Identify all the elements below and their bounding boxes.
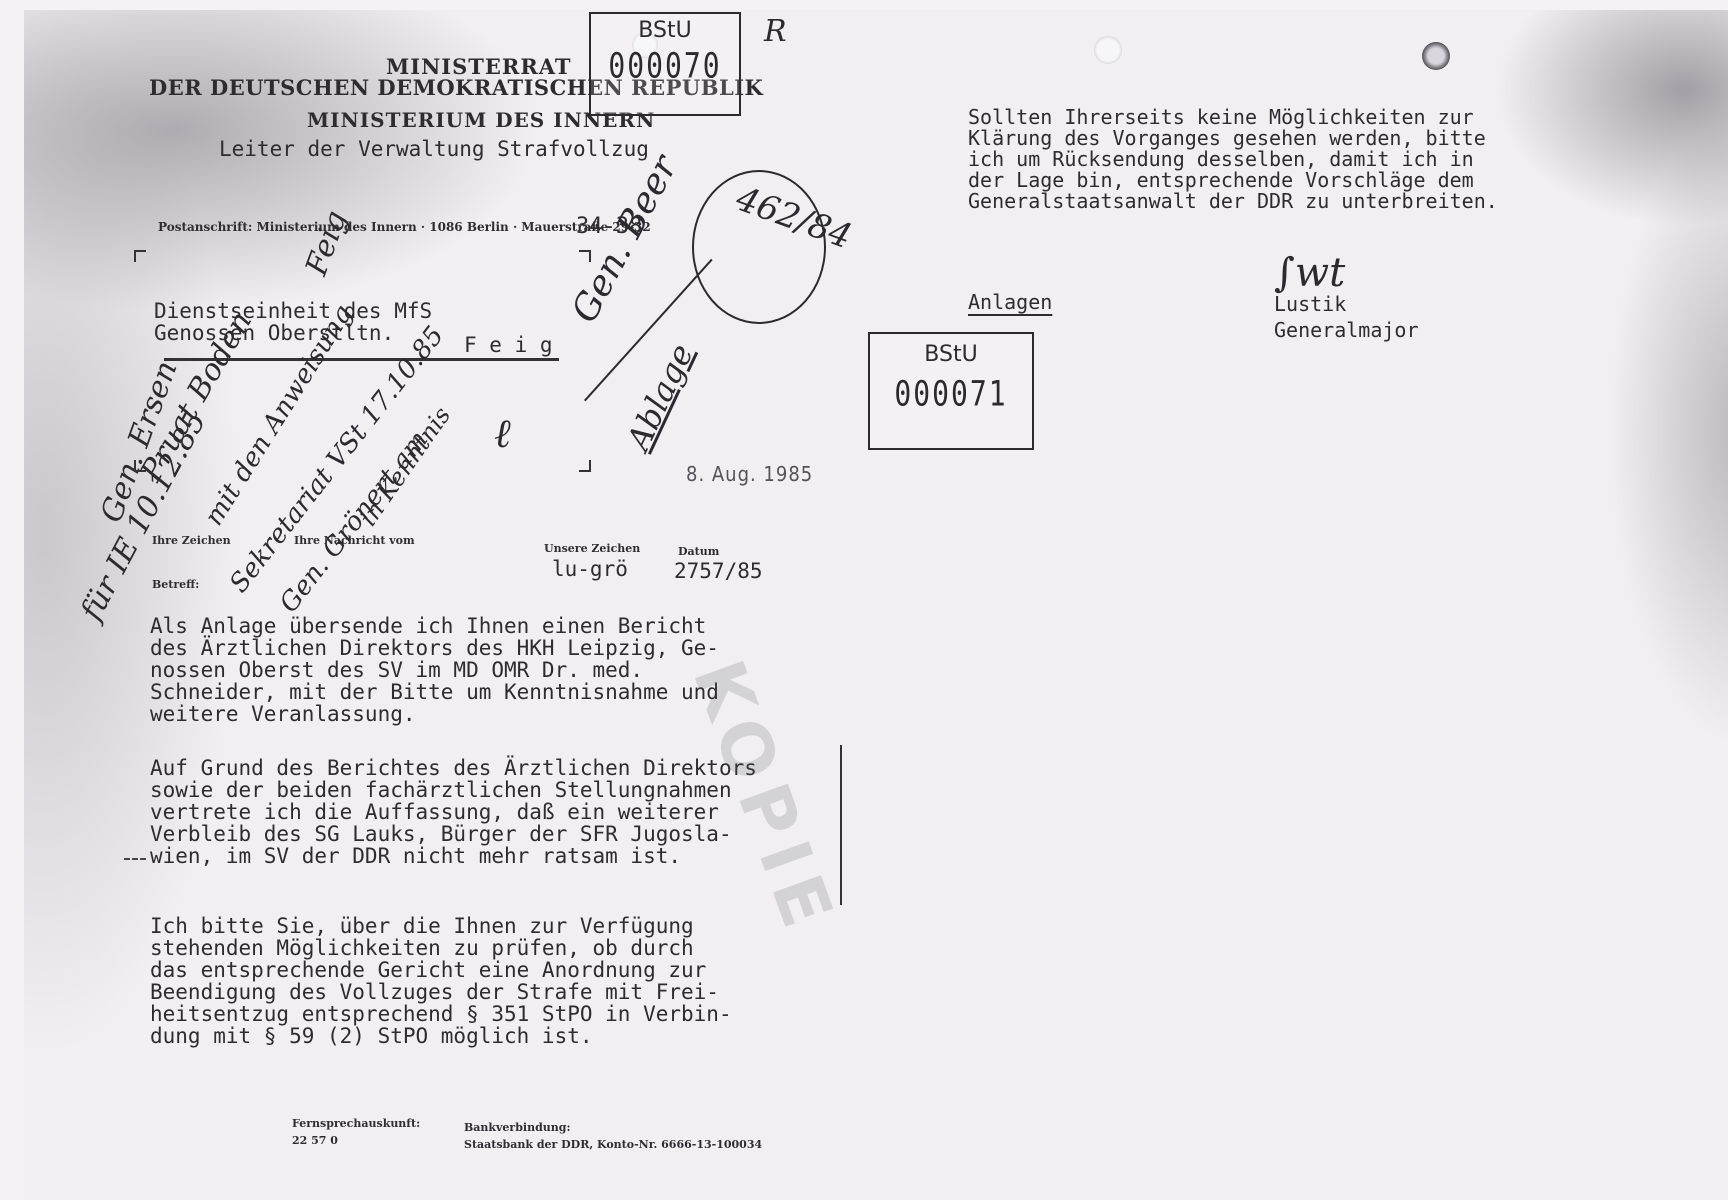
address-corner bbox=[134, 250, 146, 262]
document-page: MINISTERRAT DER DEUTSCHEN DEMOKRATISCHEN… bbox=[24, 10, 1728, 1200]
body-paragraph-1: Als Anlage übersende ich Ihnen einen Ber… bbox=[150, 615, 719, 725]
margin-dash bbox=[124, 858, 146, 860]
phone-label: Fernsprechauskunft: bbox=[292, 1117, 420, 1130]
right-line: ich um Rücksendung desselben, damit ich … bbox=[968, 149, 1498, 170]
body-paragraph-2: Auf Grund des Berichtes des Ärztlichen D… bbox=[150, 757, 757, 867]
stamp-label: BStU bbox=[591, 18, 739, 43]
unsere-zeichen-value: lu-grö bbox=[552, 558, 628, 580]
signatory-name: Lustik bbox=[1274, 294, 1346, 315]
body-line: vertrete ich die Auffassung, daß ein wei… bbox=[150, 801, 757, 823]
corner-mark: R bbox=[764, 14, 787, 49]
handwritten-ablage-note: Ablage bbox=[619, 338, 701, 456]
anlagen-label: Anlagen bbox=[968, 292, 1052, 313]
right-line: Sollten Ihrerseits keine Möglichkeiten z… bbox=[968, 107, 1498, 128]
letterhead-line-4: Leiter der Verwaltung Strafvollzug bbox=[219, 138, 649, 160]
archive-stamp-000070: BStU 000070 bbox=[589, 12, 741, 116]
address-corner bbox=[134, 460, 146, 472]
body-line: Als Anlage übersende ich Ihnen einen Ber… bbox=[150, 615, 719, 637]
right-line: der Lage bin, entsprechende Vorschläge d… bbox=[968, 170, 1498, 191]
stamp-number: 000070 bbox=[608, 45, 721, 86]
body-line: Auf Grund des Berichtes des Ärztlichen D… bbox=[150, 757, 757, 779]
betreff-label: Betreff: bbox=[152, 578, 199, 591]
phone-value: 22 57 0 bbox=[292, 1134, 338, 1147]
punch-hole bbox=[1422, 42, 1450, 70]
body-line: Verbleib des SG Lauks, Bürger der SFR Ju… bbox=[150, 823, 757, 845]
body-line: Ich bitte Sie, über die Ihnen zur Verfüg… bbox=[150, 915, 732, 937]
circle-mark bbox=[692, 170, 826, 324]
datum-label: Datum bbox=[678, 545, 719, 558]
body-line: des Ärztlichen Direktors des HKH Leipzig… bbox=[150, 637, 719, 659]
body-line: nossen Oberst des SV im MD OMR Dr. med. bbox=[150, 659, 719, 681]
punch-hole bbox=[1094, 36, 1122, 64]
body-line: heitsentzug entsprechend § 351 StPO in V… bbox=[150, 1003, 732, 1025]
body-line: das entsprechende Gericht eine Anordnung… bbox=[150, 959, 732, 981]
right-line: Klärung des Vorganges gesehen werden, bi… bbox=[968, 128, 1498, 149]
body-line: dung mit § 59 (2) StPO möglich ist. bbox=[150, 1025, 732, 1047]
datum-value: 2757/85 bbox=[674, 560, 763, 582]
archive-stamp-000071: BStU 000071 bbox=[868, 332, 1034, 450]
recipient-line-1: Dienstseinheit des MfS bbox=[154, 300, 432, 322]
bank-label: Bankverbindung: bbox=[464, 1121, 571, 1134]
signatory-rank: Generalmajor bbox=[1274, 320, 1419, 341]
body-line: Schneider, mit der Bitte um Kenntnisnahm… bbox=[150, 681, 719, 703]
recipient-line-2: Genossen Oberstltn. bbox=[154, 322, 394, 344]
stamp-number: 000071 bbox=[894, 373, 1007, 414]
body-line: Beendigung des Vollzuges der Strafe mit … bbox=[150, 981, 732, 1003]
date-stamp: 8. Aug. 1985 bbox=[686, 462, 813, 486]
bank-value: Staatsbank der DDR, Konto-Nr. 6666-13-10… bbox=[464, 1138, 762, 1151]
address-corner bbox=[579, 460, 591, 472]
handwritten-margin-note-8: Feig bbox=[299, 206, 354, 280]
handwritten-initials: ℓ bbox=[494, 410, 511, 457]
body-line: sowie der beiden fachärztlichen Stellung… bbox=[150, 779, 757, 801]
ihre-zeichen-label: Ihre Zeichen bbox=[152, 534, 231, 547]
right-line: Generalstaatsanwalt der DDR zu unterbrei… bbox=[968, 191, 1498, 212]
handwritten-beer-note: Gen. Beer bbox=[564, 149, 686, 329]
right-paragraph: Sollten Ihrerseits keine Möglichkeiten z… bbox=[968, 107, 1498, 212]
body-line: stehenden Möglichkeiten zu prüfen, ob du… bbox=[150, 937, 732, 959]
body-paragraph-3: Ich bitte Sie, über die Ihnen zur Verfüg… bbox=[150, 915, 732, 1047]
ihre-nachricht-label: Ihre Nachricht vom bbox=[294, 534, 415, 547]
stamp-label: BStU bbox=[870, 342, 1032, 367]
margin-vertical-line bbox=[840, 745, 842, 905]
body-line: weitere Veranlassung. bbox=[150, 703, 719, 725]
signature: ∫wt bbox=[1274, 250, 1345, 296]
unsere-zeichen-label: Unsere Zeichen bbox=[544, 542, 640, 555]
recipient-name: F e i g bbox=[464, 334, 553, 356]
body-line: wien, im SV der DDR nicht mehr ratsam is… bbox=[150, 845, 757, 867]
